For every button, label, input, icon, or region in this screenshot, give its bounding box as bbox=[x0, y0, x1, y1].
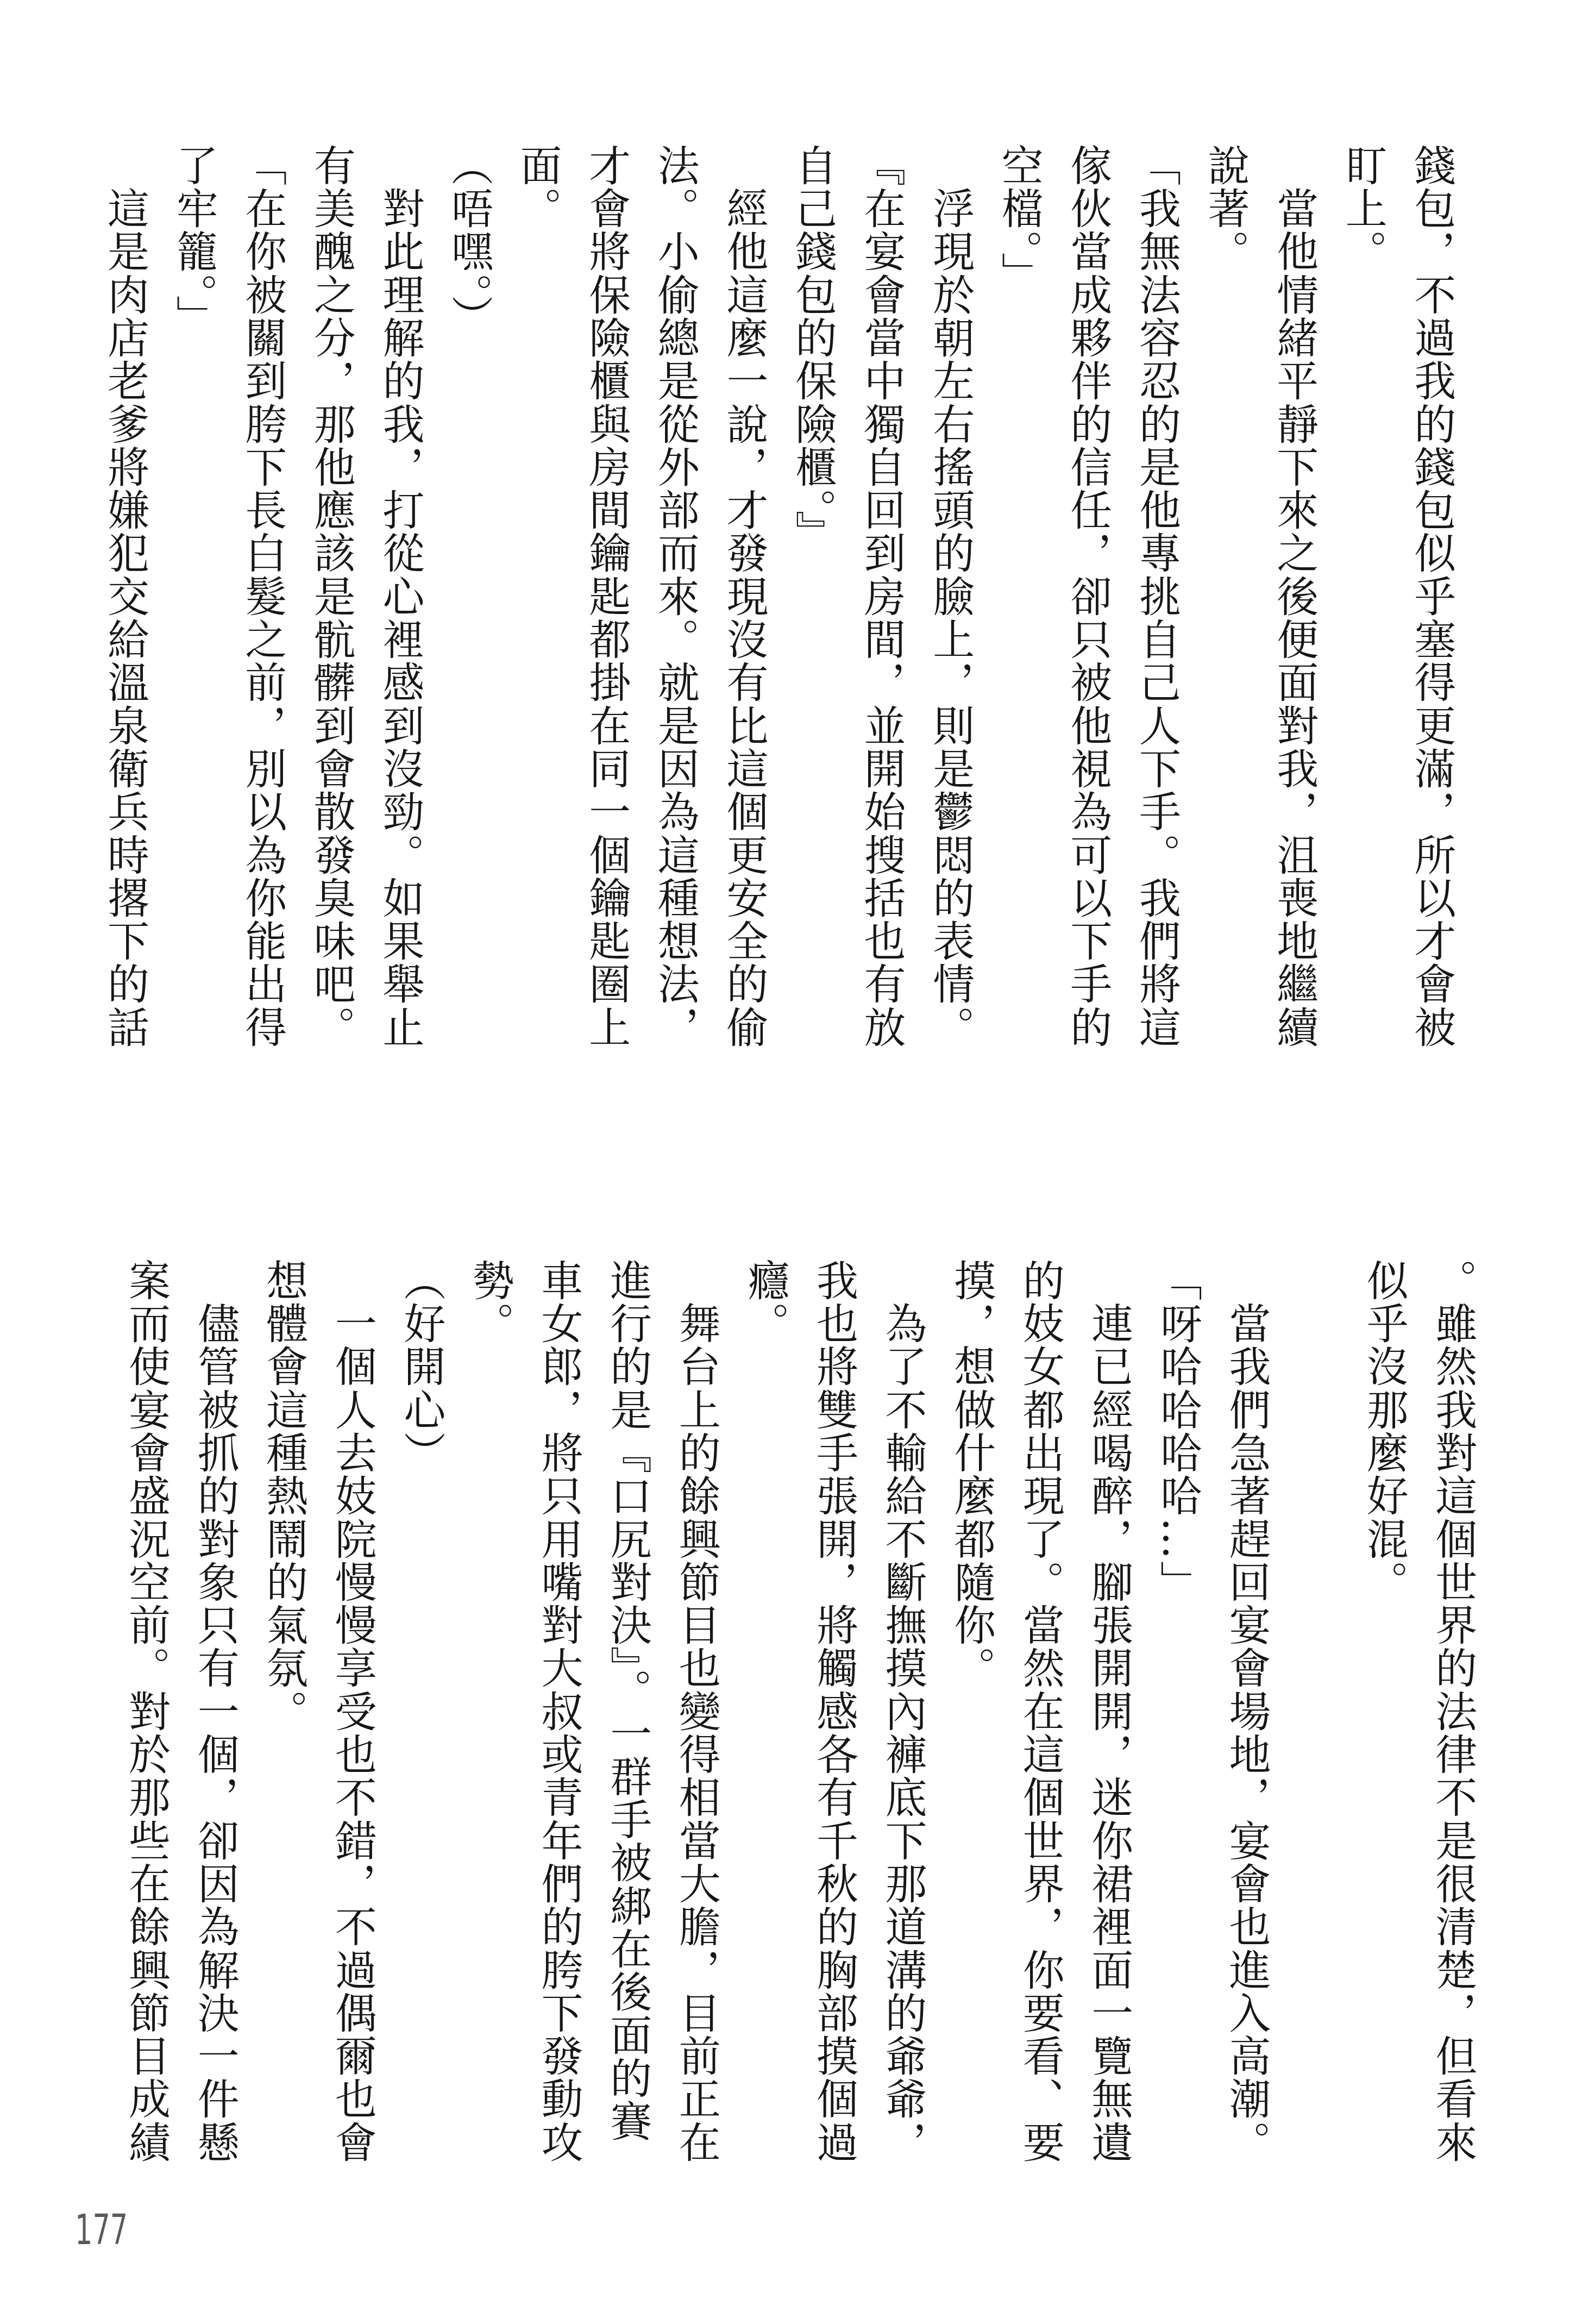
text-column: 經他這麼一說，才發現沒有比這個更安全的偷 bbox=[709, 144, 778, 1079]
scene-break-blank-line bbox=[1280, 1259, 1349, 2194]
text-column: 說著。 bbox=[1190, 144, 1259, 1079]
text-column: 當我們急著趕回宴會場地，宴會也進入高潮。 bbox=[1211, 1259, 1280, 2194]
text-block-lower: 。雖然我對這個世界的法律不是很清楚，但看來 似乎沒那麼好混。 當我們急著趕回宴會… bbox=[111, 1259, 1486, 2194]
text-column: 儘管被抓的對象只有一個，卻因為解決一件懸 bbox=[180, 1259, 249, 2194]
text-column: 想體會這種熱鬧的氣氛。 bbox=[249, 1259, 318, 2194]
text-column: 「呀哈哈哈哈…」 bbox=[1142, 1259, 1211, 2194]
text-column: 案而使宴會盛況空前。對於那些在餘興節目成績 bbox=[111, 1259, 180, 2194]
text-column: 摸，想做什麼都隨你。 bbox=[937, 1259, 1006, 2194]
text-column: 浮現於朝左右搖頭的臉上，則是鬱悶的表情。 bbox=[915, 144, 984, 1079]
text-column: 「我無法容忍的是他專挑自己人下手。我們將這 bbox=[1121, 144, 1190, 1079]
text-column: 我也將雙手張開，將觸感各有千秋的胸部摸個過 bbox=[799, 1259, 868, 2194]
text-column: （好開心） bbox=[386, 1259, 455, 2194]
text-column: 似乎沒那麼好混。 bbox=[1349, 1259, 1418, 2194]
text-column: 舞台上的餘興節目也變得相當大膽，目前正在 bbox=[661, 1259, 730, 2194]
text-column: 才會將保險櫃與房間鑰匙都掛在同一個鑰匙圈上 bbox=[572, 144, 641, 1079]
text-column: 『在宴會當中獨自回到房間，並開始搜括也有放 bbox=[846, 144, 915, 1079]
text-column: （唔嘿。） bbox=[434, 144, 503, 1079]
text-column: 這是肉店老爹將嫌犯交給溫泉衛兵時撂下的話 bbox=[90, 144, 159, 1079]
text-column: 連已經喝醉，腳張開開，迷你裙裡面一覽無遺 bbox=[1074, 1259, 1143, 2194]
text-column: 了牢籠。」 bbox=[159, 144, 228, 1079]
text-column: 的妓女都出現了。當然在這個世界，你要看、要 bbox=[1005, 1259, 1074, 2194]
text-column: 面。 bbox=[503, 144, 572, 1079]
text-column: 盯上。 bbox=[1328, 144, 1397, 1079]
text-column: 勢。 bbox=[455, 1259, 524, 2194]
text-column: 癮。 bbox=[730, 1259, 799, 2194]
page-number: 177 bbox=[75, 2209, 128, 2251]
text-block-upper: 錢包，不過我的錢包似乎塞得更滿，所以才會被 盯上。 當他情緒平靜下來之後便面對我… bbox=[90, 144, 1465, 1079]
text-column: 傢伙當成夥伴的信任，卻只被他視為可以下手的 bbox=[1053, 144, 1122, 1079]
text-column: 一個人去妓院慢慢享受也不錯，不過偶爾也會 bbox=[317, 1259, 386, 2194]
text-column: 「在你被關到胯下長白髮之前，別以為你能出得 bbox=[228, 144, 297, 1079]
text-column: 有美醜之分，那他應該是骯髒到會散發臭味吧。 bbox=[296, 144, 365, 1079]
text-column: 當他情緒平靜下來之後便面對我，沮喪地繼續 bbox=[1259, 144, 1328, 1079]
text-column: 。雖然我對這個世界的法律不是很清楚，但看來 bbox=[1418, 1259, 1487, 2194]
text-column: 法。小偷總是從外部而來。就是因為這種想法， bbox=[640, 144, 709, 1079]
text-column: 空檔。」 bbox=[984, 144, 1053, 1079]
text-column: 為了不輸給不斷撫摸內褲底下那道溝的爺爺， bbox=[868, 1259, 937, 2194]
text-column: 錢包，不過我的錢包似乎塞得更滿，所以才會被 bbox=[1397, 144, 1466, 1079]
text-column: 對此理解的我，打從心裡感到沒勁。如果舉止 bbox=[365, 144, 434, 1079]
text-column: 自己錢包的保險櫃。』 bbox=[777, 144, 846, 1079]
text-column: 進行的是『口尻對決』。一群手被綁在後面的賽 bbox=[593, 1259, 662, 2194]
book-page: 錢包，不過我的錢包似乎塞得更滿，所以才會被 盯上。 當他情緒平靜下來之後便面對我… bbox=[0, 0, 1582, 2324]
text-column: 車女郎，將只用嘴對大叔或青年們的胯下發動攻 bbox=[524, 1259, 593, 2194]
